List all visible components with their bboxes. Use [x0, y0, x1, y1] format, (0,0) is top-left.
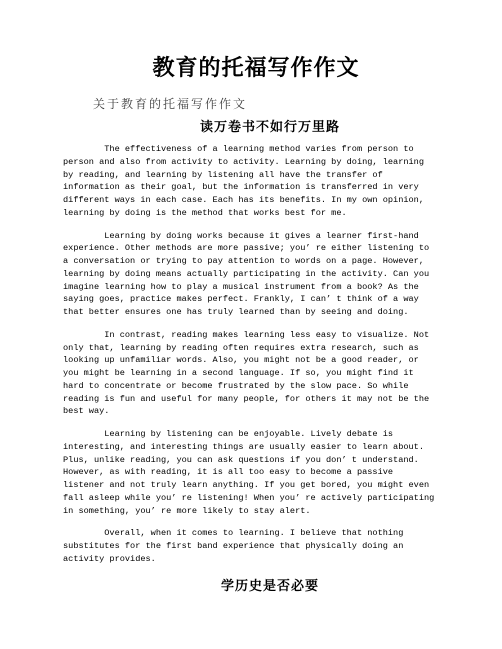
- essay-paragraph-3: In contrast, reading makes learning less…: [63, 329, 437, 418]
- document-page: 教育的托福写作作文 关于教育的托福写作作文 读万卷书不如行万里路 The eff…: [0, 0, 502, 649]
- document-subtitle: 关于教育的托福写作作文: [93, 97, 437, 111]
- essay-paragraph-2: Learning by doing works because it gives…: [63, 230, 437, 319]
- essay-paragraph-5: Overall, when it comes to learning. I be…: [63, 527, 437, 565]
- essay-paragraph-1: The effectiveness of a learning method v…: [63, 143, 437, 220]
- section-heading-2: 学历史是否必要: [63, 578, 437, 593]
- essay-paragraph-4: Learning by listening can be enjoyable. …: [63, 428, 437, 517]
- section-heading-1: 读万卷书不如行万里路: [63, 119, 437, 134]
- document-title: 教育的托福写作作文: [63, 54, 437, 82]
